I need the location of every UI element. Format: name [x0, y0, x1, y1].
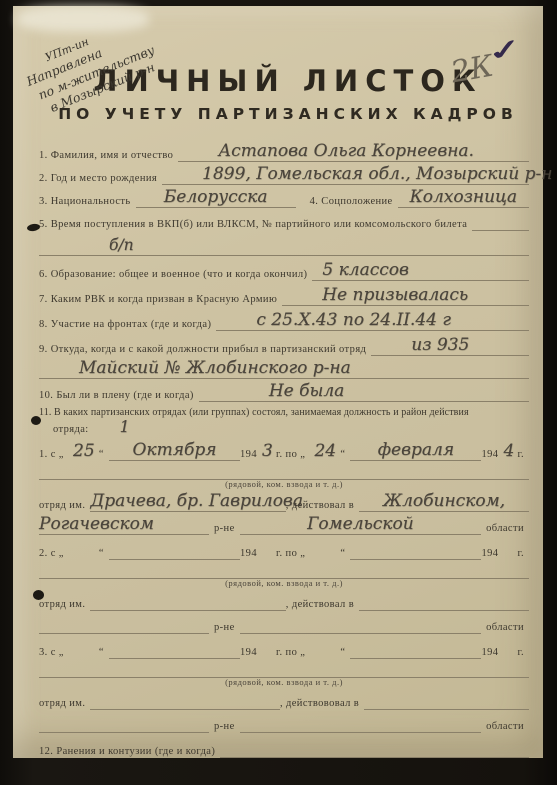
from-month-handwritten: [109, 658, 240, 659]
field-rvk-drafted: 7. Каким РВК и когда призван в Красную А…: [39, 281, 529, 306]
field-label: 12. Ранения и контузии (где и когда): [39, 746, 220, 758]
field-detachments-heading-line2: отряда: 1: [39, 419, 529, 436]
field-label: 4. Соцположение: [296, 196, 398, 208]
page-subtitle: ПО УЧЕТУ ПАРТИЗАНСКИХ КАДРОВ: [39, 105, 537, 123]
field-label: отряда:: [39, 424, 94, 436]
field-party-membership-value: б/п: [39, 231, 529, 256]
field-party-membership: 5. Время поступления в ВКП(б) или ВЛКСМ,…: [39, 208, 529, 231]
field-label: 9. Откуда, когда и с какой должности при…: [39, 344, 371, 356]
otryad-name-handwritten: [90, 709, 280, 710]
from-month-handwritten: Октября: [109, 440, 240, 461]
field-surname: 1. Фамилия, имя и отчество Астапова Ольг…: [39, 139, 529, 162]
form-text: 2. с „: [39, 548, 69, 560]
form-text: “: [99, 548, 109, 560]
rank-caption: (рядовой, ком. взвода и т. д.): [39, 479, 529, 489]
form-text: , действовал в: [286, 599, 359, 611]
form-text: г.: [517, 449, 529, 461]
field-label: 1. Фамилия, имя и отчество: [39, 150, 178, 162]
from-month-handwritten: [109, 559, 240, 560]
field-nationality-social: 3. Национальность Белорусска 4. Соцполож…: [39, 185, 529, 208]
form-text: 3. с „: [39, 647, 69, 659]
period-2-otryad: отряд им. , действовал в: [39, 588, 529, 611]
ruled-line: Майский № Жлобинского р-на: [39, 358, 529, 379]
period-3-otryad: отряд им. , действововал в: [39, 687, 529, 710]
document-paper: УПт-ин Направлена по м-жительству в Мозы…: [13, 6, 543, 758]
form-text: , действовал в: [286, 500, 359, 512]
form-text: “: [99, 449, 109, 461]
otryad-name-handwritten: Драчева, бр. Гаврилова: [90, 491, 285, 512]
form-text: “: [340, 548, 350, 560]
form-text: г.: [517, 548, 529, 560]
period-1-rank-line: [39, 461, 529, 480]
period-3-region: р-не области: [39, 710, 529, 733]
form-text: г.: [517, 647, 529, 659]
field-wounds: 12. Ранения и контузии (где и когда): [39, 733, 529, 758]
field-label: 10. Был ли в плену (где и когда): [39, 390, 199, 402]
form-body: 1. Фамилия, имя и отчество Астапова Ольг…: [13, 123, 543, 758]
form-text: отряд им.: [39, 698, 90, 710]
field-front-service: 8. Участие на фронтах (где и когда) с 25…: [39, 306, 529, 331]
form-text: 194: [481, 449, 503, 461]
field-value-handwritten: [220, 757, 529, 758]
field-value-handwritten: Астапова Ольга Корнеевна.: [178, 141, 529, 162]
field-value-handwritten: Не была: [199, 381, 529, 402]
form-text: г. по „: [276, 647, 310, 659]
field-value-handwritten: Не призывалась: [282, 285, 529, 306]
field-value-handwritten: Майский № Жлобинского р-на: [39, 358, 351, 378]
form-text: 194: [240, 548, 262, 560]
form-text: р-не: [209, 523, 240, 535]
scan-background: УПт-ин Направлена по м-жительству в Мозы…: [0, 0, 557, 785]
form-text: 194: [240, 647, 262, 659]
period-2-rank-caption-row: (рядовой, ком. взвода и т. д.): [39, 579, 529, 588]
form-text: , действововал в: [280, 698, 364, 710]
field-value-handwritten: с 25.X.43 по 24.II.44 г: [216, 310, 529, 331]
otryad-name-handwritten: [90, 610, 285, 611]
field-label: 7. Каким РВК и когда призван в Красную А…: [39, 294, 282, 306]
from-day-handwritten: 25: [69, 441, 99, 461]
period-3-dates: 3. с „ “ 194 г. по „ “ 194 г.: [39, 634, 529, 659]
ink-blot: [31, 416, 41, 425]
field-value-handwritten: 1899, Гомельская обл., Мозырский р-н: [162, 164, 529, 185]
field-label: 2. Год и место рождения: [39, 173, 162, 185]
acted-in-handwritten: Жлобинском,: [359, 491, 529, 512]
oblast-handwritten: [240, 633, 481, 634]
oblast-handwritten: Гомельской: [240, 514, 481, 535]
field-label: 11. В каких партизанских отрядах (или гр…: [39, 407, 474, 419]
oblast-handwritten: [240, 732, 481, 733]
ruled-line: б/п: [39, 236, 529, 256]
form-text: области: [481, 523, 529, 535]
district-handwritten: [39, 633, 209, 634]
form-text: 194: [240, 449, 262, 461]
form-text: г. по „: [276, 548, 310, 560]
form-text: 1. с „: [39, 449, 69, 461]
district-handwritten: Рогачевском: [39, 514, 209, 535]
period-3-rank-line: [39, 659, 529, 678]
to-year-digit-handwritten: 4: [503, 441, 517, 461]
form-text: г. по „: [276, 449, 310, 461]
field-education: 6. Образование: общее и военное (что и к…: [39, 256, 529, 281]
field-value-handwritten: 1: [120, 418, 130, 436]
field-value-handwritten: Белорусска: [136, 187, 296, 208]
to-day-handwritten: 24: [310, 441, 340, 461]
period-1-region: Рогачевском р-не Гомельской области: [39, 512, 529, 535]
form-text: 194: [481, 647, 503, 659]
period-2-region: р-не области: [39, 611, 529, 634]
blank-line: [472, 230, 529, 231]
ink-blot: [33, 590, 44, 600]
field-label: 6. Образование: общее и военное (что и к…: [39, 269, 312, 281]
field-label: 5. Время поступления в ВКП(б) или ВЛКСМ,…: [39, 219, 472, 231]
period-1-dates: 1. с „ 25 “ Октября 194 3 г. по „ 24 “ ф…: [39, 436, 529, 461]
field-value-handwritten: б/п: [39, 236, 134, 254]
rank-caption: (рядовой, ком. взвода и т. д.): [39, 578, 529, 588]
rank-caption: (рядовой, ком. взвода и т. д.): [39, 677, 529, 687]
field-arrived-from-line2: Майский № Жлобинского р-на: [39, 356, 529, 379]
form-text: “: [340, 449, 350, 461]
form-text: области: [481, 721, 529, 733]
field-value-handwritten: 5 классов: [312, 260, 529, 281]
form-text: “: [340, 647, 350, 659]
field-arrived-from: 9. Откуда, когда и с какой должности при…: [39, 331, 529, 356]
form-text: р-не: [209, 721, 240, 733]
form-text: отряд им.: [39, 599, 90, 611]
acted-in-handwritten: [364, 709, 529, 710]
period-2-dates: 2. с „ “ 194 г. по „ “ 194 г.: [39, 535, 529, 560]
field-birth: 2. Год и место рождения 1899, Гомельская…: [39, 162, 529, 185]
field-captivity: 10. Был ли в плену (где и когда) Не была: [39, 379, 529, 402]
field-value-handwritten: из 935: [371, 335, 529, 356]
form-text: 194: [481, 548, 503, 560]
acted-in-handwritten: [359, 610, 529, 611]
district-handwritten: [39, 732, 209, 733]
form-text: области: [481, 622, 529, 634]
from-year-digit-handwritten: 3: [262, 441, 276, 461]
to-month-handwritten: [350, 658, 481, 659]
to-month-handwritten: февраля: [350, 440, 481, 461]
period-1-otryad: отряд им. Драчева, бр. Гаврилова , дейст…: [39, 489, 529, 512]
field-detachments-heading: 11. В каких партизанских отрядах (или гр…: [39, 402, 529, 419]
field-label: 3. Национальность: [39, 196, 136, 208]
field-value-handwritten: Колхозница: [398, 187, 529, 208]
field-label: 8. Участие на фронтах (где и когда): [39, 319, 216, 331]
to-month-handwritten: [350, 559, 481, 560]
form-text: “: [99, 647, 109, 659]
period-3-rank-caption-row: (рядовой, ком. взвода и т. д.): [39, 678, 529, 687]
form-text: отряд им.: [39, 500, 90, 512]
period-2-rank-line: [39, 560, 529, 579]
period-1-rank-caption-row: (рядовой, ком. взвода и т. д.): [39, 480, 529, 489]
form-text: р-не: [209, 622, 240, 634]
